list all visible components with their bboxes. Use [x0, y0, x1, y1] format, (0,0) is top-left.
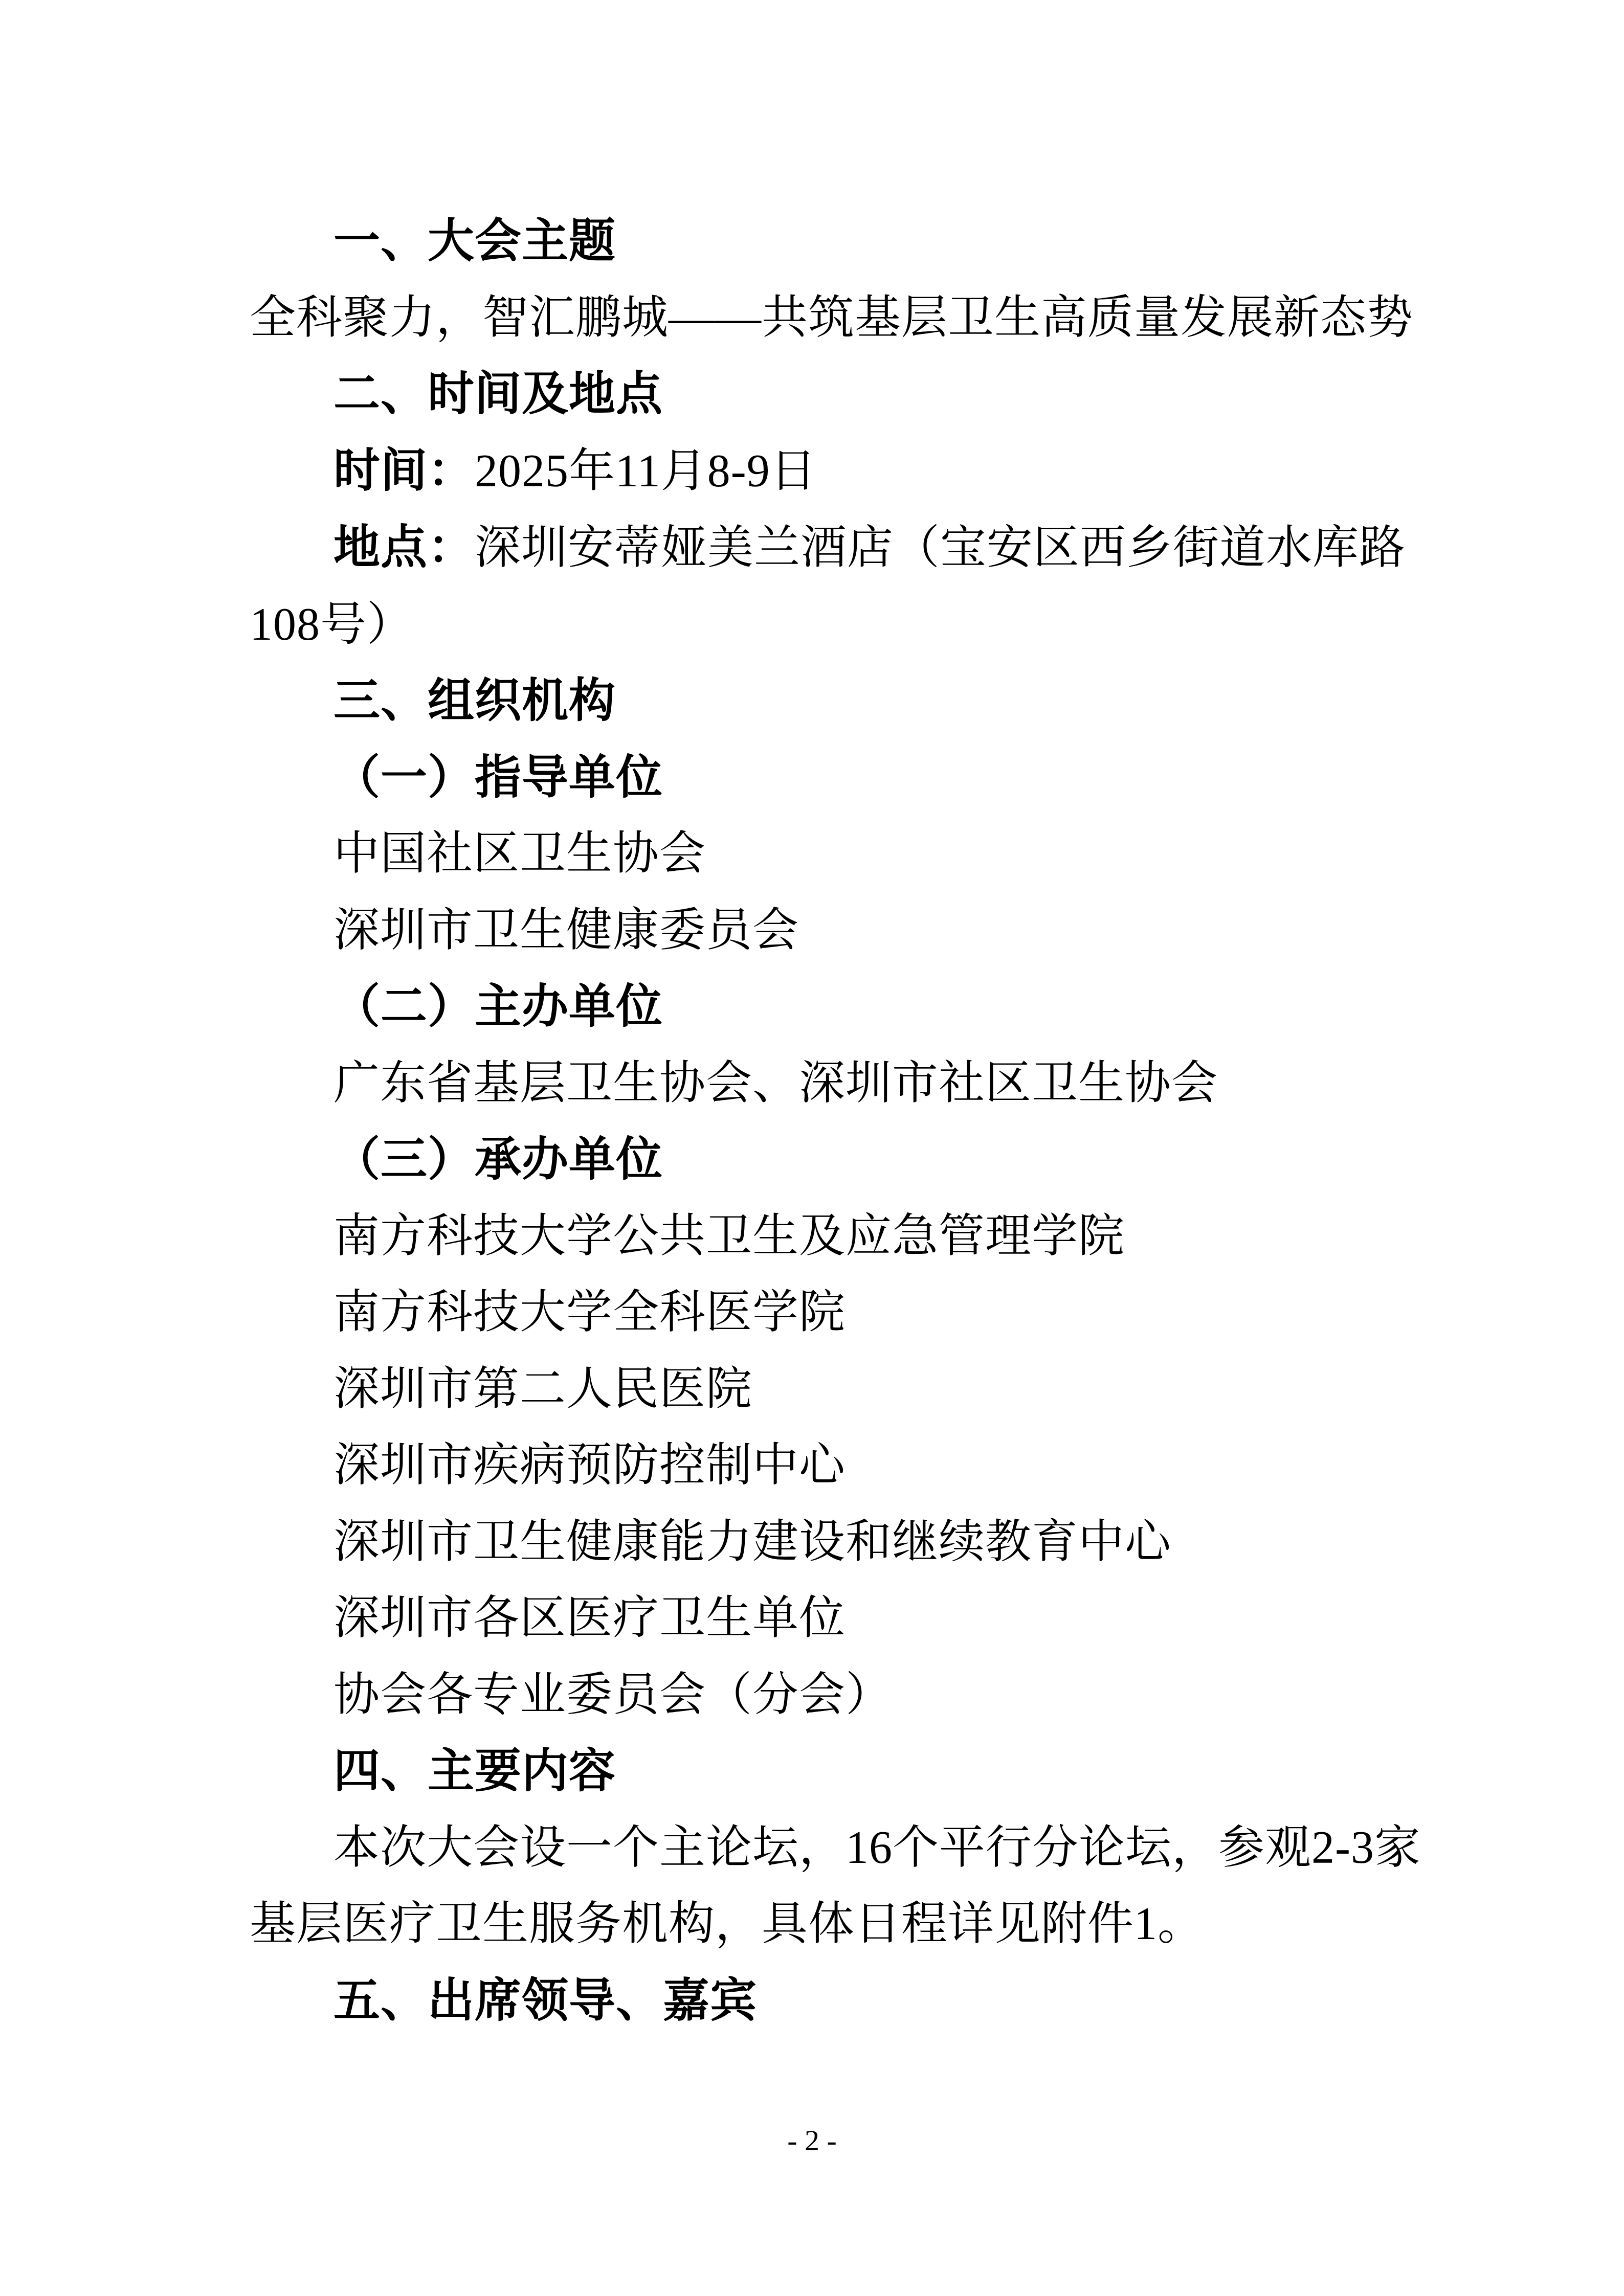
section2-heading: 二、时间及地点: [250, 356, 1406, 433]
time-label: 时间：: [333, 445, 475, 497]
document-body: 一、大会主题 全科聚力，智汇鹏城——共筑基层卫生高质量发展新态势 二、时间及地点…: [250, 203, 1406, 2039]
organizer-unit-3: 深圳市第二人民医院: [250, 1351, 1406, 1428]
venue-line-1: 地点：深圳安蒂娅美兰酒店（宝安区西乡街道水库路: [250, 509, 1406, 587]
section3-sub1-heading: （一）指导单位: [250, 739, 1406, 816]
organizer-unit-7: 协会各专业委员会（分会）: [250, 1657, 1406, 1734]
conference-theme: 全科聚力，智汇鹏城——共筑基层卫生高质量发展新态势: [250, 280, 1406, 356]
time-value: 2025年11月8-9日: [475, 446, 817, 497]
organizer-unit-5: 深圳市卫生健康能力建设和继续教育中心: [250, 1504, 1406, 1581]
guidance-unit-1: 中国社区卫生协会: [250, 816, 1406, 892]
venue-label: 地点：: [333, 522, 475, 573]
organizer-unit-4: 深圳市疾病预防控制中心: [250, 1427, 1406, 1504]
venue-value-part1: 深圳安蒂娅美兰酒店（宝安区西乡街道水库路: [475, 523, 1406, 573]
section4-heading: 四、主要内容: [250, 1733, 1406, 1810]
organizer-unit-2: 南方科技大学全科医学院: [250, 1274, 1406, 1351]
document-page: 一、大会主题 全科聚力，智汇鹏城——共筑基层卫生高质量发展新态势 二、时间及地点…: [0, 0, 1624, 2296]
main-content-line-1: 本次大会设一个主论坛，16个平行分论坛，参观2-3家: [250, 1810, 1406, 1886]
time-line: 时间：2025年11月8-9日: [250, 433, 1406, 510]
main-content-line-2: 基层医疗卫生服务机构，具体日程详见附件1。: [250, 1886, 1406, 1963]
organizer-unit-1: 南方科技大学公共卫生及应急管理学院: [250, 1198, 1406, 1275]
host-units: 广东省基层卫生协会、深圳市社区卫生协会: [250, 1045, 1406, 1122]
section3-sub2-heading: （二）主办单位: [250, 969, 1406, 1045]
section3-sub3-heading: （三）承办单位: [250, 1121, 1406, 1198]
venue-line-2: 108号）: [250, 587, 1406, 663]
section5-heading: 五、出席领导、嘉宾: [250, 1963, 1406, 2039]
page-number: - 2 -: [0, 2120, 1624, 2161]
guidance-unit-2: 深圳市卫生健康委员会: [250, 892, 1406, 969]
section1-heading: 一、大会主题: [250, 203, 1406, 280]
section3-heading: 三、组织机构: [250, 663, 1406, 739]
organizer-unit-6: 深圳市各区医疗卫生单位: [250, 1580, 1406, 1657]
